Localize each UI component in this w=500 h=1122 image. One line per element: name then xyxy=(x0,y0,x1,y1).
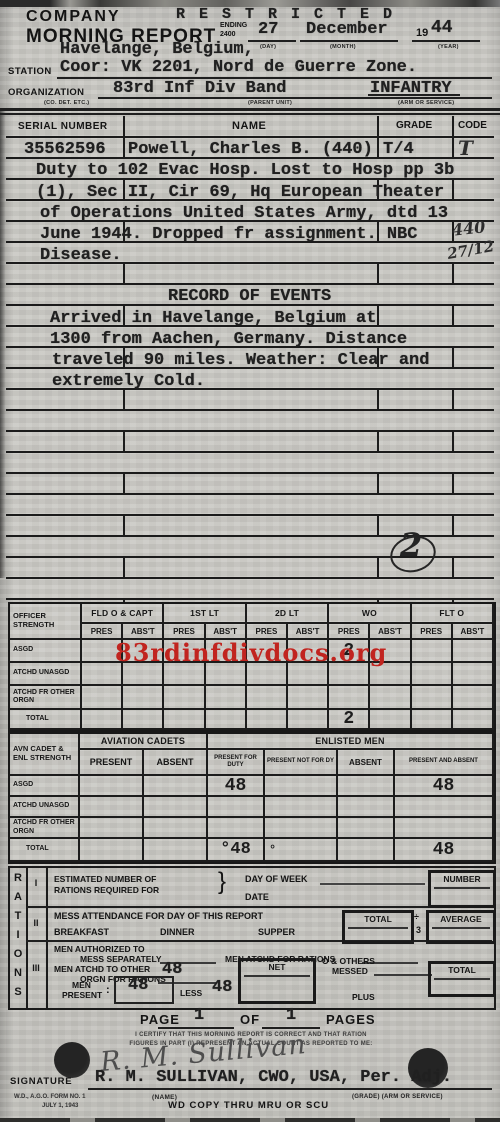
of-label: OF xyxy=(240,1012,260,1027)
parent-unit-caption: (PARENT UNIT) xyxy=(248,100,292,106)
name-header: NAME xyxy=(232,120,266,132)
rations-letter: I xyxy=(10,929,26,941)
co-det-caption: (CO. DET. ETC.) xyxy=(44,100,89,106)
serial-number-header: SERIAL NUMBER xyxy=(18,121,108,132)
entry-detail-line3: of Operations United States Army, dtd 13 xyxy=(40,204,448,223)
enlisted-total-present-not-for-dy: ° xyxy=(265,839,338,862)
day-of-week-label: DAY OF WEEK xyxy=(245,874,308,884)
estimated-rations-line1: ESTIMATED NUMBER OF xyxy=(54,874,156,884)
enlisted-row-label-total: TOTAL xyxy=(10,839,80,862)
organization-value: 83rd Inf Div Band xyxy=(113,79,286,98)
entry-detail-line5: Disease. xyxy=(40,246,122,265)
number-box-label: NUMBER xyxy=(431,874,493,884)
brace-glyph: } xyxy=(218,868,226,896)
entry-code: T xyxy=(458,136,473,160)
estimated-rations-line2: RATIONS REQUIRED FOR xyxy=(54,885,159,895)
enlisted-strength-table: AVN CADET & ENL STRENGTH AVIATION CADETS… xyxy=(8,732,496,864)
less-value: 48 xyxy=(212,978,232,997)
pages-label: PAGES xyxy=(326,1012,376,1027)
enlisted-table-title: AVN CADET & ENL STRENGTH xyxy=(10,734,80,776)
signature-typed: R. M. SULLIVAN, CWO, USA, Per. Adj. xyxy=(95,1068,452,1087)
cadets-absent-col: ABSENT xyxy=(144,750,208,776)
event-line2: 1300 from Aachen, Germany. Distance xyxy=(50,330,407,349)
day-value: 27 xyxy=(258,20,278,39)
enlisted-total-present-and-absent: 48 xyxy=(395,839,494,862)
roster-divider-code xyxy=(452,138,454,602)
handwritten-tally-mark: 2 xyxy=(388,528,436,576)
men-present-line2: PRESENT xyxy=(62,990,102,1000)
men-present-line1: MEN xyxy=(72,980,91,990)
em-present-and-absent-col: PRESENT AND ABSENT xyxy=(395,750,494,776)
number-box: NUMBER xyxy=(428,870,496,908)
year-typed: 44 xyxy=(431,18,453,38)
officer-subhead-pres: PRES xyxy=(412,624,453,640)
men-authorized-line1: MEN AUTHORIZED TO xyxy=(54,944,145,954)
form-date-caption: JULY 1, 1943 xyxy=(42,1103,78,1109)
rations-total-label: TOTAL xyxy=(431,965,493,975)
code-header: CODE xyxy=(458,120,487,131)
hole-punch-left xyxy=(54,1042,90,1078)
entry-serial: 35562596 xyxy=(24,140,106,159)
rations-letter: R xyxy=(10,872,26,884)
enlisted-asgd-present-and-absent: 48 xyxy=(395,776,494,797)
em-present-for-duty-col: PRESENT FOR DUTY xyxy=(208,750,265,776)
mess-total-box: TOTAL xyxy=(342,910,414,944)
dinner-label: DINNER xyxy=(160,927,195,937)
enlisted-total-present-for-duty: °48 xyxy=(208,839,265,862)
aviation-cadets-group: AVIATION CADETS xyxy=(80,734,208,750)
mess-total-label: TOTAL xyxy=(345,914,411,924)
officer-subhead-abst: ABS'T xyxy=(453,624,494,640)
enlisted-row-label-asgd: ASGD xyxy=(10,776,80,797)
form-number-caption: W.D., A.G.O. FORM NO. 1 xyxy=(14,1094,85,1100)
plus-label: PLUS xyxy=(352,992,375,1002)
entry-detail-line1: Duty to 102 Evac Hosp. Lost to Hosp pp 3… xyxy=(36,161,454,180)
scan-bottom-edge xyxy=(0,1118,500,1122)
average-box-label: AVERAGE xyxy=(429,914,493,924)
tally-number: 2 xyxy=(400,526,422,564)
page-label: PAGE xyxy=(140,1012,180,1027)
rations-part-3: III xyxy=(27,963,45,973)
breakfast-label: BREAKFAST xyxy=(54,927,109,937)
enlisted-men-group: ENLISTED MEN xyxy=(208,734,494,750)
rations-letter: O xyxy=(10,948,26,960)
code-note-440: 440 xyxy=(451,217,486,239)
men-present-value-box: 48 xyxy=(114,976,174,1004)
officer-group-fld-o-capt: FLD O & CAPT xyxy=(82,604,164,624)
officer-row-label-total: TOTAL xyxy=(10,710,82,730)
ending-time-label: 2400 xyxy=(220,31,236,38)
net-box-label: NET xyxy=(241,962,313,972)
watermark: 83rdinfdivdocs.org xyxy=(115,638,387,667)
grade-header: GRADE xyxy=(396,120,432,131)
rations-letter: S xyxy=(10,986,26,998)
divisor-three: 3 xyxy=(416,925,421,935)
month-value: December xyxy=(306,20,388,39)
rations-letter: N xyxy=(10,967,26,979)
supper-label: SUPPER xyxy=(258,927,295,937)
officer-row-label-atchd-unasgd: ATCHD UNASGD xyxy=(10,663,82,686)
record-of-events-title: RECORD OF EVENTS xyxy=(168,287,331,306)
officer-row-label-asgd: ASGD xyxy=(10,640,82,663)
day-caption: (DAY) xyxy=(260,44,276,50)
officer-group-flt-o: FLT O xyxy=(412,604,494,624)
rations-part-1: I xyxy=(27,878,45,888)
ending-label: ENDING xyxy=(220,22,247,29)
rations-total-box: TOTAL xyxy=(428,961,496,997)
entry-name: Powell, Charles B. (440) T/4 xyxy=(128,140,414,159)
page-number: 1 xyxy=(194,1006,204,1025)
officer-group-1st-lt: 1ST LT xyxy=(164,604,246,624)
enlisted-asgd-present-for-duty: 48 xyxy=(208,776,265,797)
grade-arm-caption: (GRADE) (ARM OR SERVICE) xyxy=(352,1094,443,1100)
officer-table-title: OFFICER STRENGTH xyxy=(10,604,82,640)
year-caption: (YEAR) xyxy=(438,44,459,50)
arm-service-caption: (ARM OR SERVICE) xyxy=(398,100,454,106)
men-present-colon: : xyxy=(106,984,110,996)
rations-letter: T xyxy=(10,910,26,922)
company-label: COMPANY xyxy=(26,8,121,26)
event-line4: extremely Cold. xyxy=(52,372,205,391)
cadets-present-col: PRESENT xyxy=(80,750,144,776)
enlisted-row-label-atchd-fr-other: ATCHD FR OTHER ORGN xyxy=(10,818,80,839)
mess-separately-label: MESS SEPARATELY xyxy=(80,954,162,964)
rations-letter: A xyxy=(10,891,26,903)
officer-strength-table: OFFICER STRENGTH FLD O & CAPT 1ST LT 2D … xyxy=(8,602,496,732)
o-and-others-line1: O & OTHERS xyxy=(322,956,375,966)
location-typed: Havelange, Belgium, xyxy=(60,40,254,59)
month-caption: (MONTH) xyxy=(330,44,356,50)
organization-label: ORGANIZATION xyxy=(8,87,84,98)
date-label: DATE xyxy=(245,892,269,902)
event-line1: Arrived in Havelange, Belgium at xyxy=(50,309,376,328)
rations-part-2: II xyxy=(27,918,45,928)
net-box: NET xyxy=(238,958,316,1004)
divide-sign: ÷ xyxy=(414,912,419,922)
wd-copy-caption: WD COPY THRU MRU OR SCU xyxy=(168,1100,329,1111)
event-line3: traveled 90 miles. Weather: Clear and xyxy=(52,351,429,370)
officer-group-wo: WO xyxy=(329,604,411,624)
o-and-others-line2: MESSED xyxy=(332,966,368,976)
station-label: STATION xyxy=(8,66,52,77)
pages-total-number: 1 xyxy=(286,1006,296,1025)
signature-label: SIGNATURE xyxy=(10,1076,72,1087)
average-box: AVERAGE xyxy=(426,910,496,944)
officer-total-wo-pres: 2 xyxy=(329,710,370,730)
men-atchd-other-line1: MEN ATCHD TO OTHER xyxy=(54,964,150,974)
officer-row-label-atchd-fr-other: ATCHD FR OTHER ORGN xyxy=(10,686,82,710)
entry-detail-line4: June 1944. Dropped fr assignment. NBC xyxy=(40,225,417,244)
enlisted-row-label-atchd-unasgd: ATCHD UNASGD xyxy=(10,797,80,818)
morning-report-scan: COMPANY R E S T R I C T E D MORNING REPO… xyxy=(0,0,500,1122)
em-present-not-for-dy-col: PRESENT NOT FOR DY xyxy=(265,750,338,776)
rations-section: R A T I O N S I II III ESTIMATED NUMBER … xyxy=(8,866,496,1010)
men-present-value: 48 xyxy=(128,976,148,995)
mess-attendance-title: MESS ATTENDANCE FOR DAY OF THIS REPORT xyxy=(54,911,263,921)
entry-detail-line2: (1), Sec II, Cir 69, Hq European Theater xyxy=(36,183,444,202)
year-printed: 19 xyxy=(416,27,428,39)
officer-group-2d-lt: 2D LT xyxy=(247,604,329,624)
station-value: Coor: VK 2201, Nord de Guerre Zone. xyxy=(60,58,417,77)
less-label: LESS xyxy=(180,988,202,998)
em-absent-col: ABSENT xyxy=(338,750,395,776)
